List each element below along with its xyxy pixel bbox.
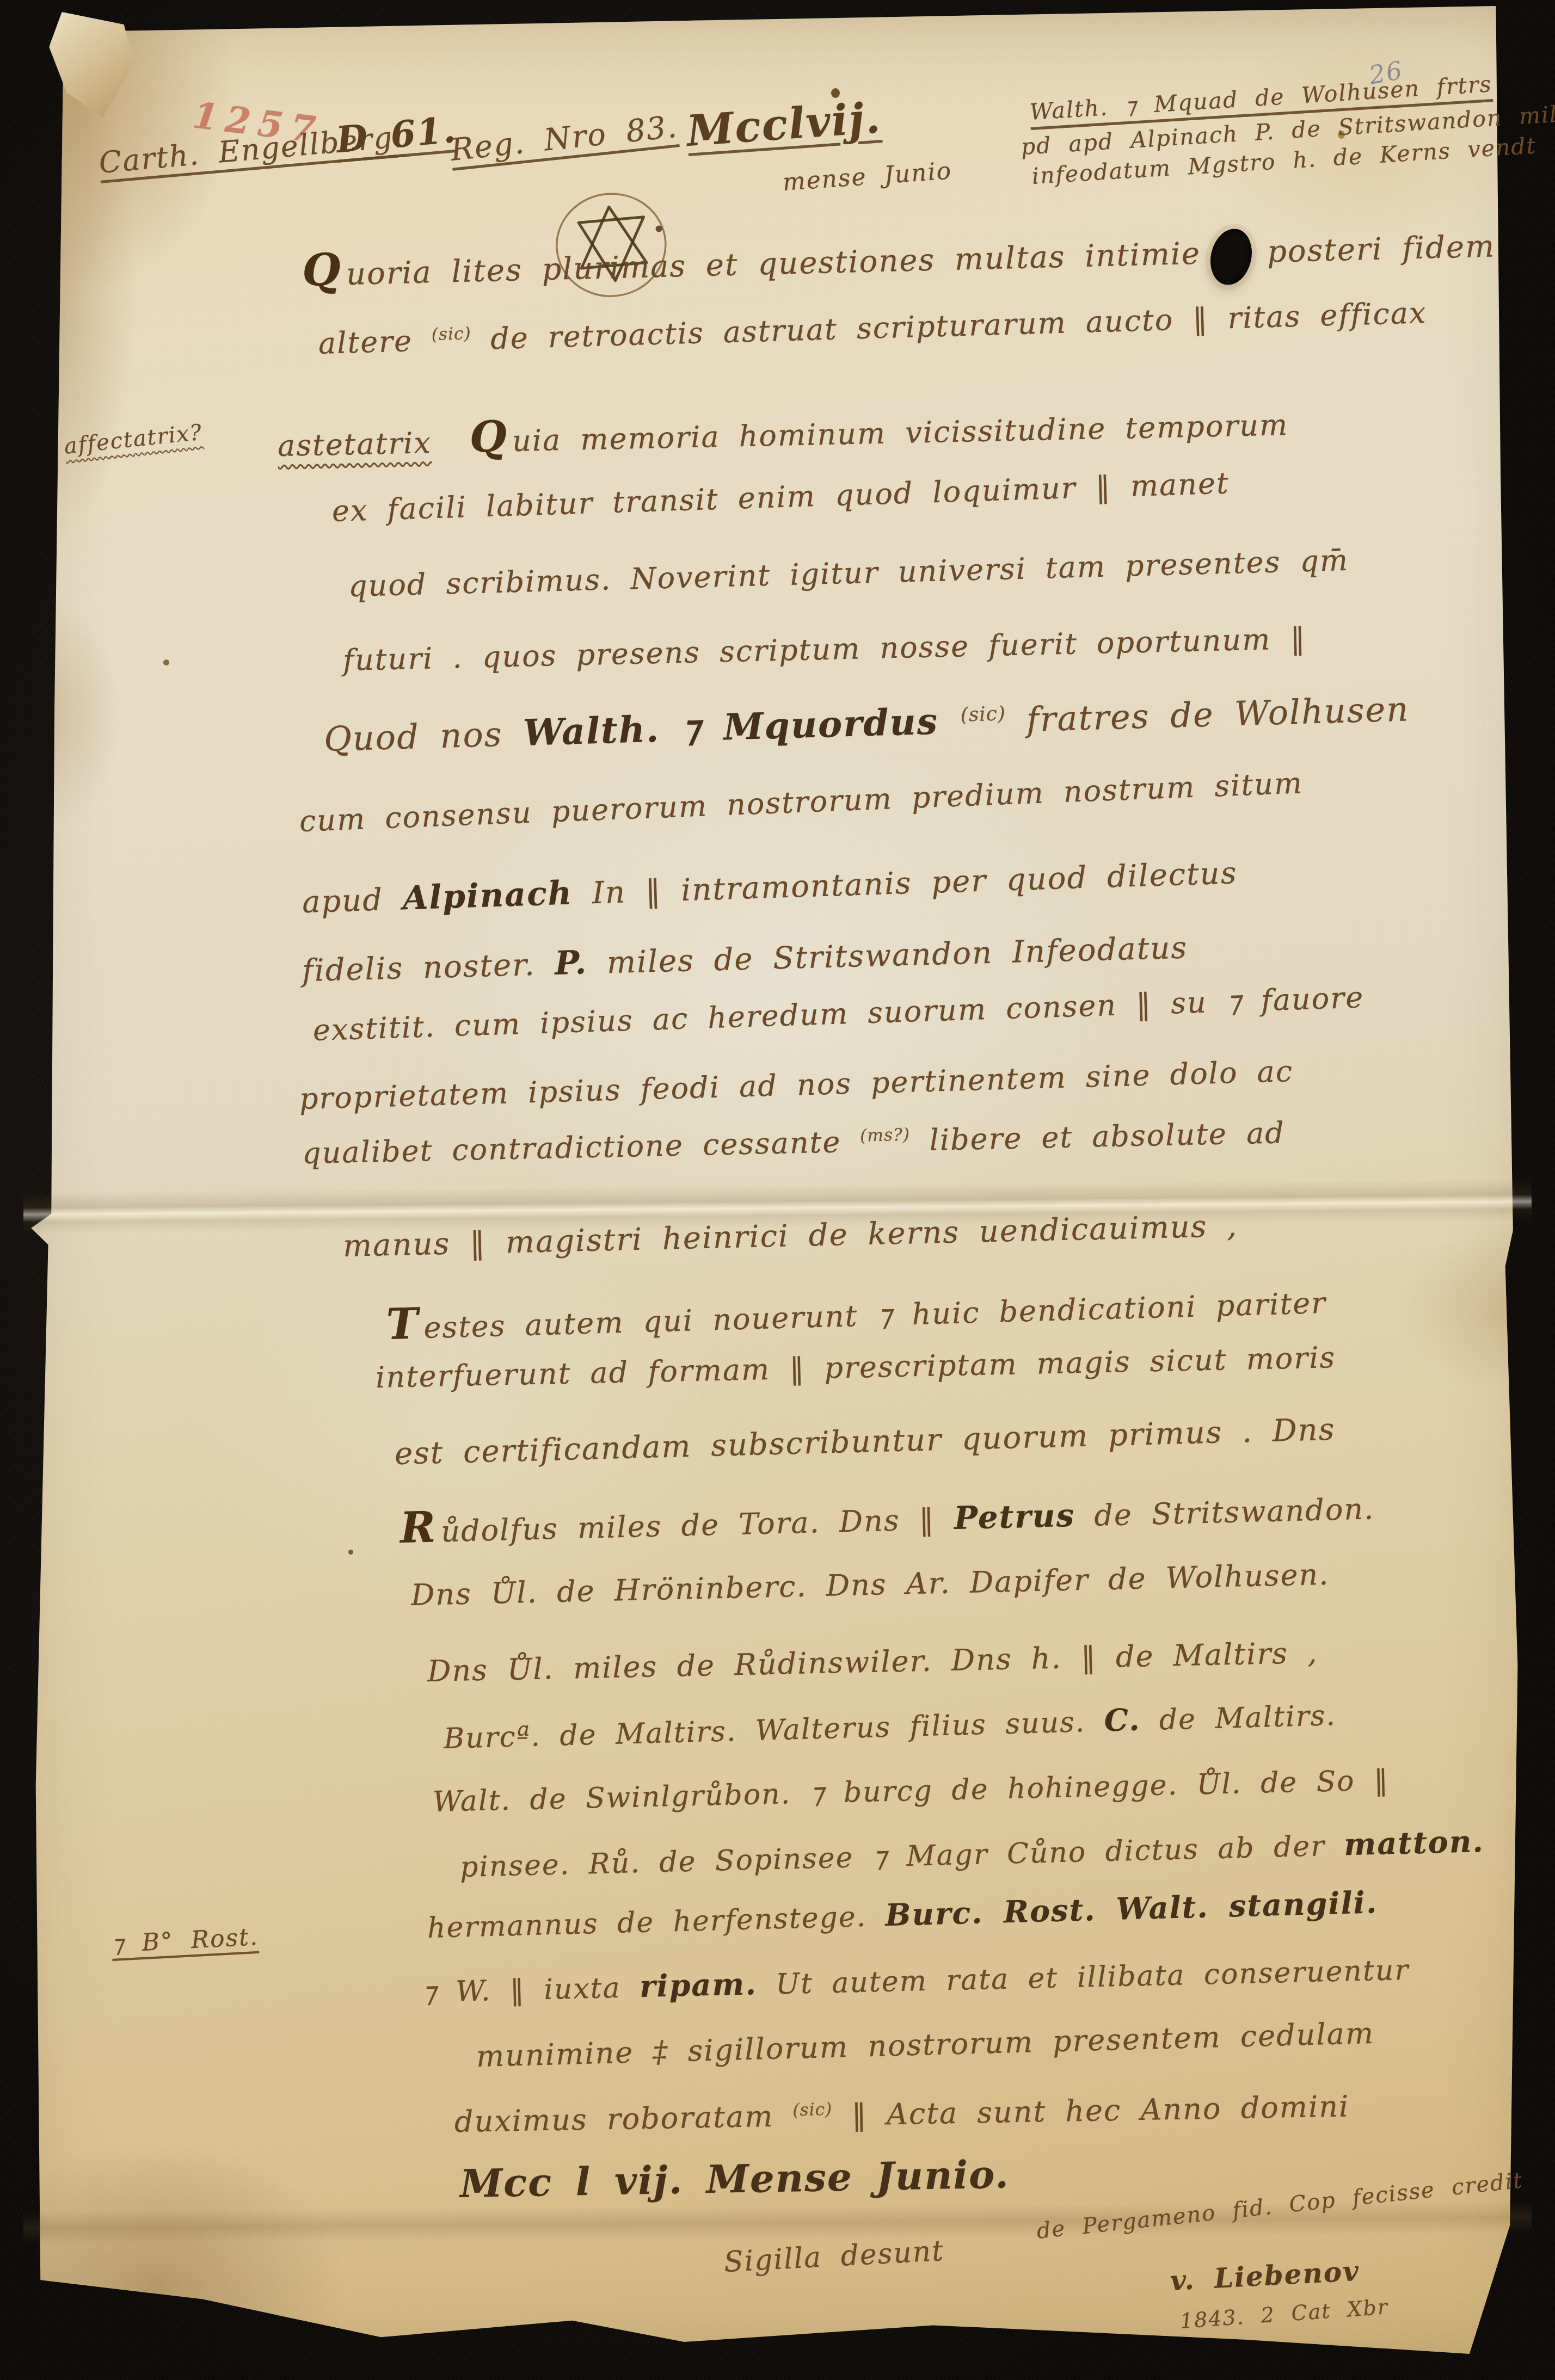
line-text: Quod nos — [323, 714, 524, 759]
line-text: de Maltirs. — [1140, 1699, 1337, 1737]
dating-clause: Mcc l vij. Mense Junio. — [459, 2151, 1010, 2206]
line-text: ⁊ W. ‖ iuxta — [421, 1971, 640, 2009]
scribal-note: (sic) — [792, 2100, 833, 2120]
highlighted-names: Petrus — [954, 1497, 1075, 1537]
highlighted-names: ripam. — [639, 1966, 757, 2005]
line-text: altere — [318, 323, 432, 361]
highlighted-names: P. — [554, 944, 588, 983]
underlined-word: astetatrix — [278, 426, 432, 463]
line-initial: T — [386, 1298, 420, 1349]
ink-speck — [348, 1550, 353, 1555]
photo-background: 1257 Carth. Engellberg. D 61. Reg. Nro 8… — [0, 0, 1555, 2380]
line-initial: R — [399, 1502, 437, 1553]
line-initial: Q — [302, 244, 342, 297]
scribal-note: (sic) — [431, 324, 471, 344]
scribal-note: (ms?) — [860, 1125, 911, 1146]
ink-speck — [163, 659, 169, 665]
line-text: duximus roboratam — [454, 2099, 793, 2139]
line-text: de Stritswandon. — [1074, 1491, 1375, 1533]
line-text: fidelis noster. — [302, 947, 555, 989]
scribal-note: (sic) — [960, 702, 1006, 726]
highlighted-names: Alpinach — [402, 874, 573, 917]
charter-line: Mcc l vij. Mense Junio. — [459, 2151, 1010, 2206]
highlighted-names: C. — [1104, 1702, 1141, 1738]
line-text: apud — [302, 881, 403, 920]
highlighted-names: matton. — [1344, 1824, 1485, 1863]
line-initial: Q — [469, 411, 508, 462]
